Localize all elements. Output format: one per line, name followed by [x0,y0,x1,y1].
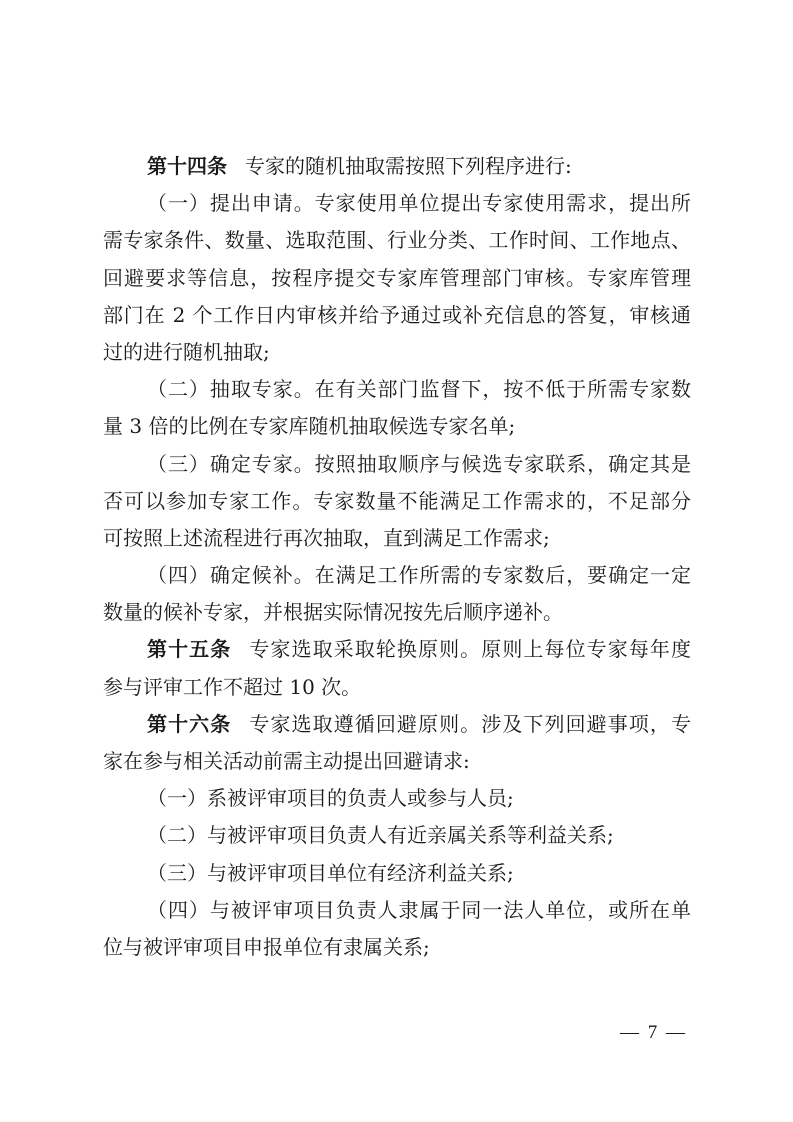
paragraph-line: 数量的候补专家，并根据实际情况按先后顺序递补。 [103,594,691,631]
paragraph-line: （一）系被评审项目的负责人或参与人员; [103,780,691,817]
paragraph-line: 回避要求等信息，按程序提交专家库管理部门审核。专家库管理 [103,260,691,297]
paragraph-line: 可按照上述流程进行再次抽取，直到满足工作需求; [103,520,691,557]
paragraph-line: 需专家条件、数量、选取范围、行业分类、工作时间、工作地点、 [103,222,691,259]
article-16-title-line: 第十六条专家选取遵循回避原则。涉及下列回避事项，专 [103,706,691,743]
article-heading: 第十六条 [147,712,231,736]
paragraph-line: 参与评审工作不超过 10 次。 [103,669,691,706]
paragraph-line: （三）与被评审项目单位有经济利益关系; [103,855,691,892]
paragraph-line: 部门在 2 个工作日内审核并给予通过或补充信息的答复，审核通 [103,297,691,334]
article-heading: 第十五条 [147,637,231,661]
paragraph-line: 过的进行随机抽取; [103,334,691,371]
paragraph-line: （三）确定专家。按照抽取顺序与候选专家联系，确定其是 [103,446,691,483]
paragraph-line: （四）确定候补。在满足工作所需的专家数后，要确定一定 [103,557,691,594]
page-number: — 7 — [620,1022,687,1044]
paragraph-line: 否可以参加专家工作。专家数量不能满足工作需求的，不足部分 [103,483,691,520]
paragraph-line: （一）提出申请。专家使用单位提出专家使用需求，提出所 [103,185,691,222]
paragraph-line: （四）与被评审项目负责人隶属于同一法人单位，或所在单 [103,892,691,929]
paragraph-line: 家在参与相关活动前需主动提出回避请求: [103,743,691,780]
paragraph-line: 量 3 倍的比例在专家库随机抽取候选专家名单; [103,408,691,445]
article-14-title-line: 第十四条专家的随机抽取需按照下列程序进行: [103,148,691,185]
article-text: 专家的随机抽取需按照下列程序进行: [245,154,572,178]
article-text: 专家选取遵循回避原则。涉及下列回避事项，专 [249,712,691,736]
article-15-title-line: 第十五条专家选取采取轮换原则。原则上每位专家每年度 [103,631,691,668]
article-heading: 第十四条 [147,154,227,178]
article-text: 专家选取采取轮换原则。原则上每位专家每年度 [249,637,691,661]
paragraph-line: （二）与被评审项目负责人有近亲属关系等利益关系; [103,817,691,854]
document-body: 第十四条专家的随机抽取需按照下列程序进行: （一）提出申请。专家使用单位提出专家… [103,148,691,966]
paragraph-line: （二）抽取专家。在有关部门监督下，按不低于所需专家数 [103,371,691,408]
paragraph-line: 位与被评审项目申报单位有隶属关系; [103,929,691,966]
document-page: 第十四条专家的随机抽取需按照下列程序进行: （一）提出申请。专家使用单位提出专家… [0,0,793,1122]
